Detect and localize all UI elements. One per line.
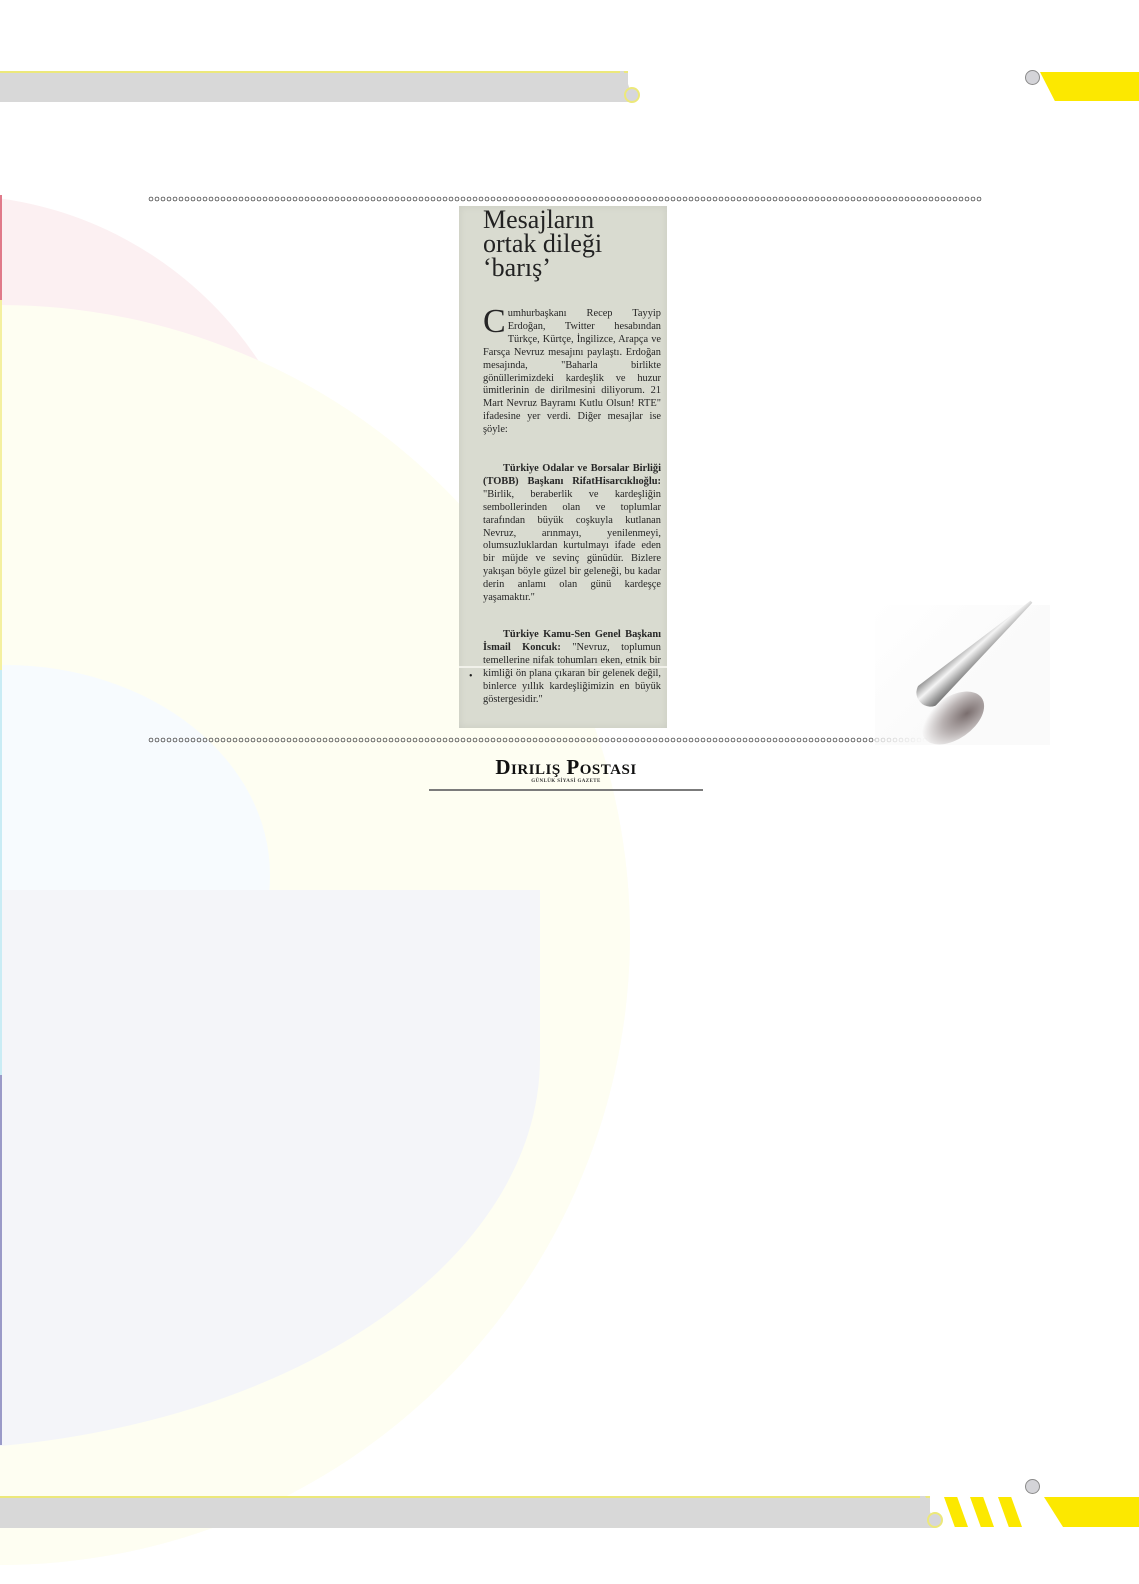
edge-strip-yellow — [0, 300, 2, 670]
header-accent-tab — [1040, 72, 1139, 101]
quote-kamusen: Türkiye Kamu-Sen Genel Başkanı İsmail Ko… — [483, 629, 661, 706]
clipping-border-top — [148, 196, 982, 202]
bullet-icon: • — [469, 671, 473, 682]
article-headline: Mesajların ortak dileği ‘barış’ — [483, 208, 663, 280]
quote-text: "Birlik, beraberlik ve kardeşliğin sembo… — [483, 489, 661, 603]
footer-knob-icon — [1025, 1479, 1040, 1494]
footer-stripe — [944, 1497, 968, 1527]
footer-accent-tab — [1044, 1497, 1139, 1527]
edge-strip-purple — [0, 1075, 2, 1445]
newspaper-clipping: Mesajların ortak dileği ‘barış’ Cumhurba… — [459, 206, 667, 728]
newspaper-tagline: GÜNLÜK SİYASİ GAZETE — [429, 779, 703, 784]
background-circle-blue — [0, 665, 270, 1085]
quote-speaker: Türkiye Odalar ve Borsalar Birliği (TOBB… — [483, 463, 661, 487]
header-bar — [0, 71, 628, 102]
newspaper-name: Diriliş Postası — [429, 756, 703, 778]
drop-cap: C — [483, 309, 506, 335]
footer-bar — [0, 1496, 930, 1528]
footer-stripe — [970, 1497, 994, 1527]
clipping-border-bottom — [148, 737, 982, 743]
masthead-rule — [429, 789, 703, 791]
edge-strip-blue — [0, 670, 2, 1075]
background-arc-pink — [0, 195, 320, 935]
article-intro: Cumhurbaşkanı Recep Tayyip Erdoğan, Twit… — [483, 308, 661, 437]
background-shape-lavender — [0, 890, 540, 1450]
quote-tobb: Türkiye Odalar ve Borsalar Birliği (TOBB… — [483, 463, 661, 605]
header-bar-dot — [624, 87, 640, 103]
newspaper-masthead: Diriliş Postası GÜNLÜK SİYASİ GAZETE — [429, 756, 703, 791]
footer-bar-dot — [927, 1512, 943, 1528]
edge-strip-pink — [0, 195, 2, 300]
footer-stripe — [998, 1497, 1022, 1527]
header-knob-icon — [1025, 70, 1040, 85]
